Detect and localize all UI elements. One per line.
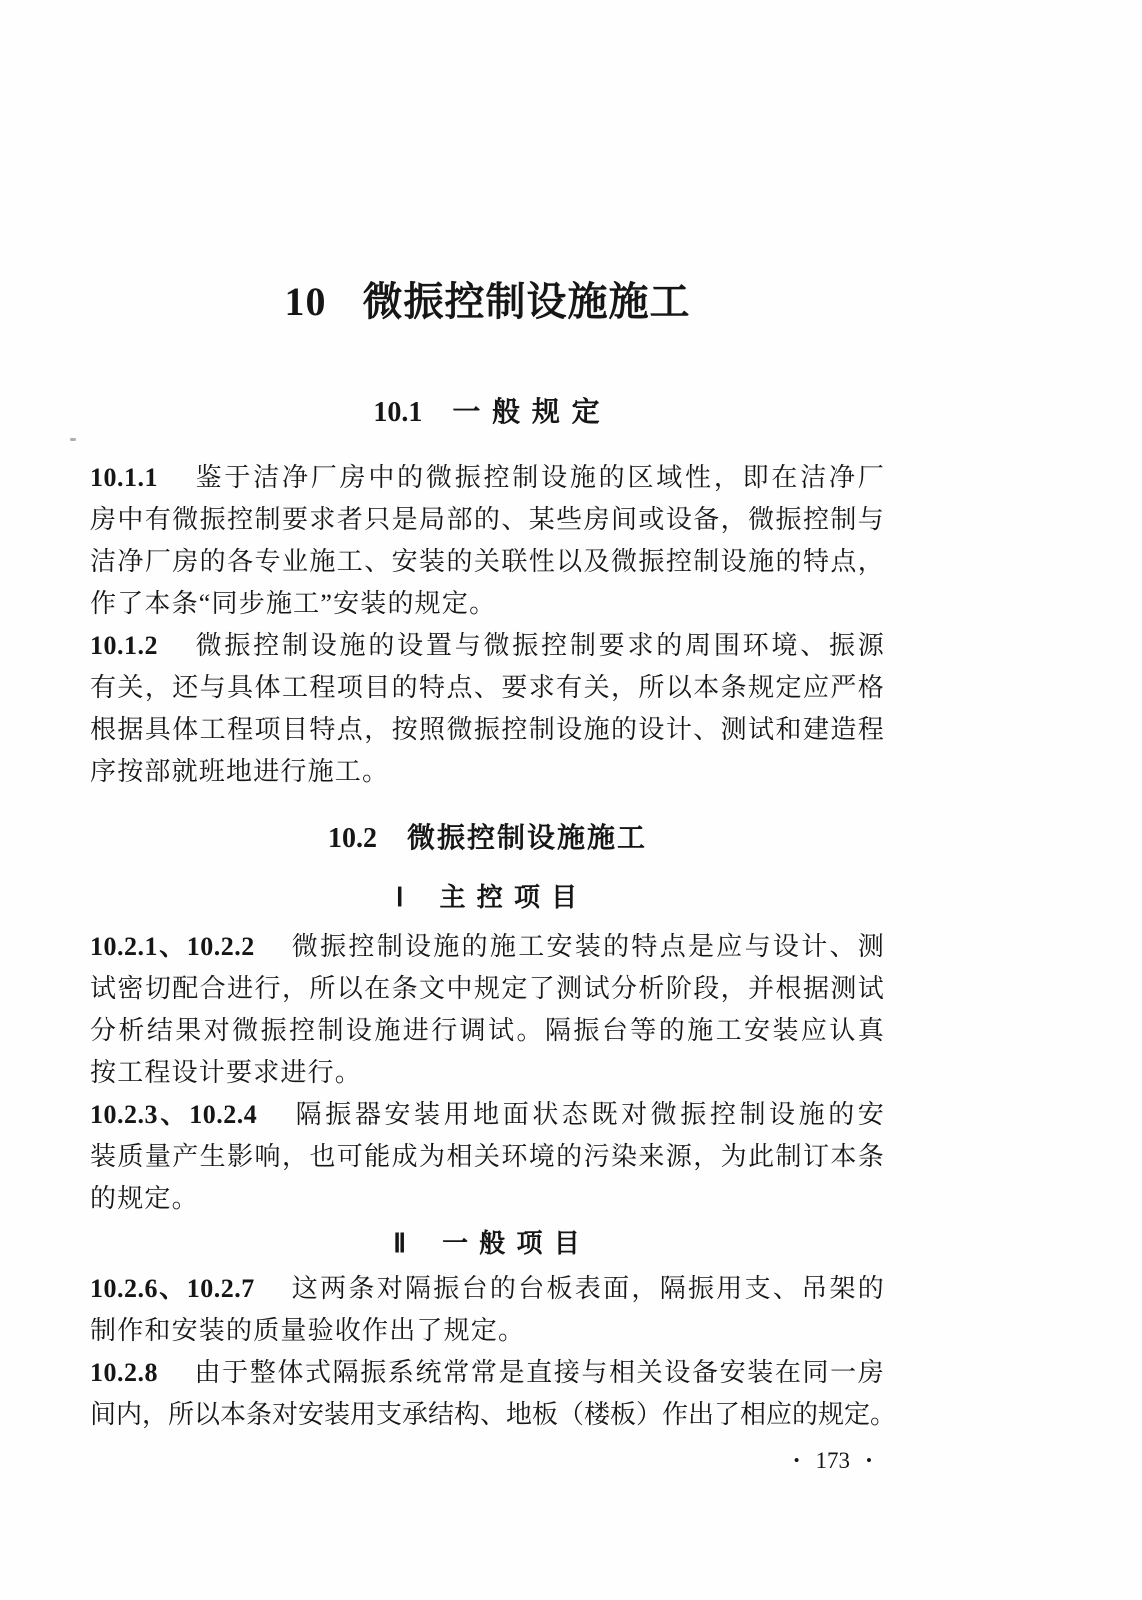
clause-label-10-1-1: 10.1.1: [90, 463, 158, 492]
body-text: 隔振器安装用地面状态既对微振控制设施的安: [293, 1100, 885, 1129]
subsection-II-body: 10.2.6、10.2.7这两条对隔振台的台板表面，隔振用支、吊架的 制作和安装…: [90, 1268, 885, 1436]
section-10-2-heading: 10.2微振控制设施施工: [90, 821, 885, 856]
clause-label-10-2-1-2: 10.2.1、10.2.2: [90, 932, 255, 961]
section-10-2-title: 微振控制设施施工: [407, 822, 647, 853]
footer-dot-right: •: [866, 1451, 872, 1470]
clause-label-10-2-6-7: 10.2.6、10.2.7: [90, 1274, 255, 1303]
body-line: 的规定。: [90, 1178, 885, 1220]
clause-label-10-2-3-4: 10.2.3、10.2.4: [90, 1100, 257, 1129]
body-line: 10.2.1、10.2.2微振控制设施的施工安装的特点是应与设计、测: [90, 926, 885, 968]
subsection-II-title: 一 般 项 目: [442, 1228, 582, 1258]
body-line: 洁净厂房的各专业施工、安装的关联性以及微振控制设施的特点，: [90, 541, 885, 583]
section-10-2-number: 10.2: [328, 823, 377, 854]
page-number: 173: [816, 1448, 851, 1473]
paragraph-10-2-6-10-2-7: 10.2.6、10.2.7这两条对隔振台的台板表面，隔振用支、吊架的 制作和安装…: [90, 1268, 885, 1352]
body-line: 序按部就班地进行施工。: [90, 751, 885, 793]
subsection-I-heading: Ⅰ主 控 项 目: [90, 881, 885, 914]
roman-numeral-I: Ⅰ: [396, 883, 404, 912]
subsection-I-title: 主 控 项 目: [440, 882, 580, 912]
print-artifact-speck: [70, 438, 76, 441]
body-line: 分析结果对微振控制设施进行调试。隔振台等的施工安装应认真: [90, 1010, 885, 1052]
paragraph-10-1-1: 10.1.1鉴于洁净厂房中的微振控制设施的区域性，即在洁净厂 房中有微振控制要求…: [90, 457, 885, 625]
section-10-1-body: 10.1.1鉴于洁净厂房中的微振控制设施的区域性，即在洁净厂 房中有微振控制要求…: [90, 457, 885, 793]
body-line: 10.1.2微振控制设施的设置与微振控制要求的周围环境、振源: [90, 625, 885, 667]
body-line: 有关，还与具体工程项目的特点、要求有关，所以本条规定应严格: [90, 667, 885, 709]
body-line: 根据具体工程项目特点，按照微振控制设施的设计、测试和建造程: [90, 709, 885, 751]
page-number-footer: •173•: [90, 1448, 885, 1474]
section-10-1-heading: 10.1一 般 规 定: [90, 395, 885, 430]
chapter-title: 微振控制设施施工: [363, 280, 691, 324]
body-line: 制作和安装的质量验收作出了规定。: [90, 1310, 885, 1352]
section-10-1-number: 10.1: [373, 397, 422, 428]
clause-label-10-2-8: 10.2.8: [90, 1358, 158, 1387]
body-text: 这两条对隔振台的台板表面，隔振用支、吊架的: [291, 1274, 885, 1303]
body-line: 10.1.1鉴于洁净厂房中的微振控制设施的区域性，即在洁净厂: [90, 457, 885, 499]
body-line: 装质量产生影响，也可能成为相关环境的污染来源，为此制订本条: [90, 1136, 885, 1178]
paragraph-10-2-1-10-2-2: 10.2.1、10.2.2微振控制设施的施工安装的特点是应与设计、测 试密切配合…: [90, 926, 885, 1094]
subsection-I-body: 10.2.1、10.2.2微振控制设施的施工安装的特点是应与设计、测 试密切配合…: [90, 926, 885, 1220]
chapter-number: 10: [285, 279, 327, 324]
body-line: 房中有微振控制要求者只是局部的、某些房间或设备，微振控制与: [90, 499, 885, 541]
chapter-heading: 10微振控制设施施工: [90, 279, 885, 325]
roman-numeral-II: Ⅱ: [393, 1229, 406, 1258]
clause-label-10-1-2: 10.1.2: [90, 631, 158, 660]
body-line: 10.2.3、10.2.4隔振器安装用地面状态既对微振控制设施的安: [90, 1094, 885, 1136]
page-content: 10微振控制设施施工 10.1一 般 规 定 10.1.1鉴于洁净厂房中的微振控…: [90, 0, 885, 1474]
footer-dot-left: •: [794, 1451, 800, 1470]
body-text: 微振控制设施的施工安装的特点是应与设计、测: [291, 932, 885, 961]
section-10-1-title: 一 般 规 定: [452, 396, 601, 427]
body-text: 由于整体式隔振系统常常是直接与相关设备安装在同一房: [194, 1358, 885, 1387]
body-text: 微振控制设施的设置与微振控制要求的周围环境、振源: [194, 631, 885, 660]
body-line: 10.2.6、10.2.7这两条对隔振台的台板表面，隔振用支、吊架的: [90, 1268, 885, 1310]
paragraph-10-1-2: 10.1.2微振控制设施的设置与微振控制要求的周围环境、振源 有关，还与具体工程…: [90, 625, 885, 793]
body-line: 10.2.8由于整体式隔振系统常常是直接与相关设备安装在同一房: [90, 1352, 885, 1394]
document-page: 10微振控制设施施工 10.1一 般 规 定 10.1.1鉴于洁净厂房中的微振控…: [0, 0, 1142, 1600]
body-line: 试密切配合进行，所以在条文中规定了测试分析阶段，并根据测试: [90, 968, 885, 1010]
subsection-II-heading: Ⅱ一 般 项 目: [90, 1227, 885, 1260]
body-line: 按工程设计要求进行。: [90, 1052, 885, 1094]
body-line: 间内，所以本条对安装用支承结构、地板（楼板）作出了相应的规定。: [90, 1394, 885, 1436]
paragraph-10-2-3-10-2-4: 10.2.3、10.2.4隔振器安装用地面状态既对微振控制设施的安 装质量产生影…: [90, 1094, 885, 1220]
paragraph-10-2-8: 10.2.8由于整体式隔振系统常常是直接与相关设备安装在同一房 间内，所以本条对…: [90, 1352, 885, 1436]
body-line: 作了本条“同步施工”安装的规定。: [90, 583, 885, 625]
body-text: 鉴于洁净厂房中的微振控制设施的区域性，即在洁净厂: [194, 463, 885, 492]
